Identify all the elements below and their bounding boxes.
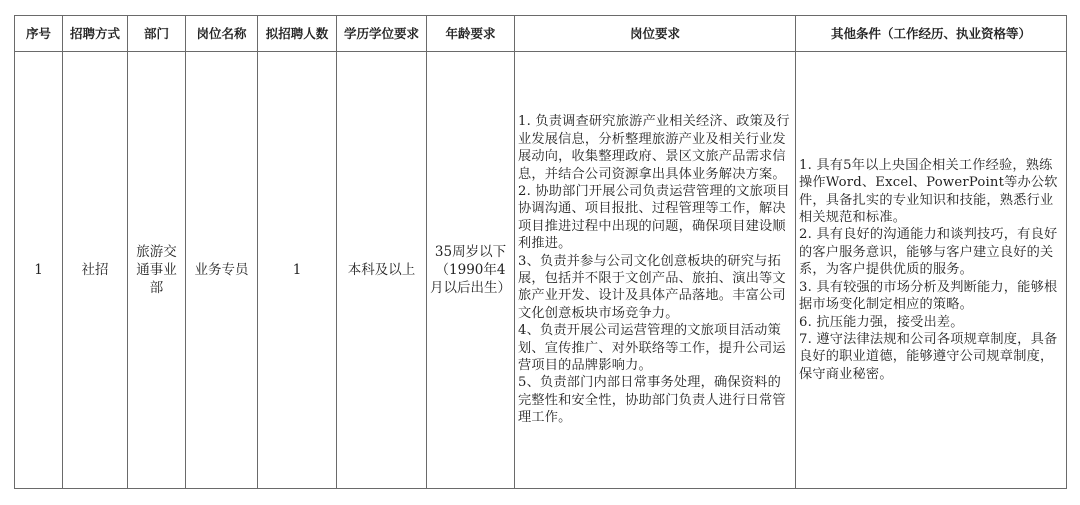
header-age: 年龄要求 [427, 16, 515, 52]
header-headcount: 拟招聘人数 [258, 16, 337, 52]
condition-item: 3. 具有较强的市场分析及判断能力，能够根据市场变化制定相应的策略。 [799, 279, 1063, 314]
duty-item: 2. 协助部门开展公司负责运营管理的文旅项目协调沟通、项目报批、过程管理等工作，… [518, 183, 792, 253]
cell-headcount: 1 [258, 52, 337, 489]
header-index: 序号 [15, 16, 63, 52]
cell-other-conditions: 1. 具有5年以上央国企相关工作经验，熟练操作Word、Excel、PowerP… [796, 52, 1067, 489]
header-position: 岗位名称 [186, 16, 258, 52]
duty-item: 3、负责并参与公司文化创意板块的研究与拓展，包括并不限于文创产品、旅拍、演出等文… [518, 253, 792, 323]
cell-recruit-method: 社招 [63, 52, 128, 489]
header-department: 部门 [128, 16, 186, 52]
header-other-conditions: 其他条件（工作经历、执业资格等） [796, 16, 1067, 52]
condition-item: 7. 遵守法律法规和公司各项规章制度，具备良好的职业道德，能够遵守公司规章制度，… [799, 331, 1063, 383]
header-recruit-method: 招聘方式 [63, 16, 128, 52]
header-duties: 岗位要求 [515, 16, 796, 52]
cell-position: 业务专员 [186, 52, 258, 489]
cell-index: 1 [15, 52, 63, 489]
cell-department: 旅游交通事业部 [128, 52, 186, 489]
cell-education: 本科及以上 [337, 52, 427, 489]
duty-item: 5、负责部门内部日常事务处理，确保资料的完整性和安全性，协助部门负责人进行日常管… [518, 374, 792, 426]
header-row: 序号 招聘方式 部门 岗位名称 拟招聘人数 学历学位要求 年龄要求 岗位要求 其… [15, 16, 1067, 52]
duty-item: 1. 负责调查研究旅游产业相关经济、政策及行业发展信息，分析整理旅游产业及相关行… [518, 113, 792, 183]
table-row: 1 社招 旅游交通事业部 业务专员 1 本科及以上 35周岁以下（1990年4月… [15, 52, 1067, 489]
cell-age: 35周岁以下（1990年4月以后出生） [427, 52, 515, 489]
cell-duties: 1. 负责调查研究旅游产业相关经济、政策及行业发展信息，分析整理旅游产业及相关行… [515, 52, 796, 489]
recruitment-table: 序号 招聘方式 部门 岗位名称 拟招聘人数 学历学位要求 年龄要求 岗位要求 其… [14, 15, 1067, 489]
duty-item: 4、负责开展公司运营管理的文旅项目活动策划、宣传推广、对外联络等工作，提升公司运… [518, 322, 792, 374]
header-education: 学历学位要求 [337, 16, 427, 52]
condition-item: 2. 具有良好的沟通能力和谈判技巧，有良好的客户服务意识，能够与客户建立良好的关… [799, 226, 1063, 278]
condition-item: 6. 抗压能力强，接受出差。 [799, 314, 1063, 331]
condition-item: 1. 具有5年以上央国企相关工作经验，熟练操作Word、Excel、PowerP… [799, 157, 1063, 227]
